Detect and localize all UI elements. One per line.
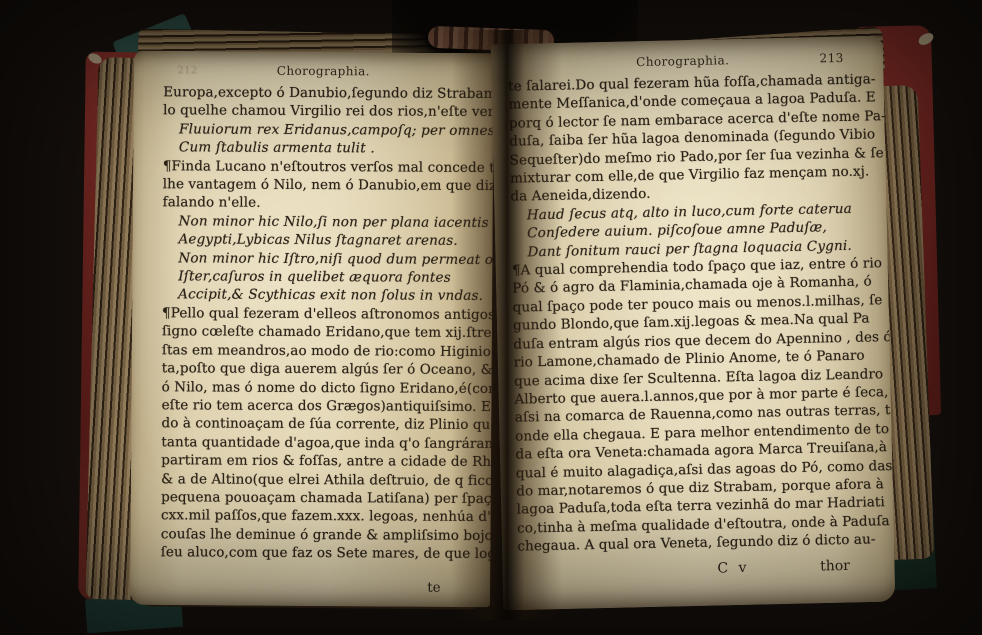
text-line: do à continoaçam de ſúa corrente, diz Pl… [161, 415, 481, 435]
text-line: ſigno cœleſte chamado Eridano,que tem xi… [162, 323, 482, 343]
text-line: lo quelhe chamou Virgilio rei dos rios,n… [163, 102, 483, 122]
text-line: couſas lhe deminue ó grande & ampliſsimo… [161, 525, 481, 545]
photo-background: 212 Chorographia. Europa,excepto ó Danub… [0, 0, 982, 635]
text-line: ta,poſto que diga auerem algús ſer ó Oce… [162, 359, 482, 379]
signature-mark: C v [717, 559, 749, 576]
text-line: eſte rio tem acerca dos Grægos)antiquiſs… [162, 396, 482, 416]
text-line: ſeu aluco,com que faz os Sete mares, de … [161, 543, 481, 563]
text-line: Aegypti,Lybicas Nilus ſtagnaret arenas. [162, 230, 482, 250]
gutter-shadow [452, 30, 562, 620]
catchword: te [427, 579, 441, 595]
text-line: partiram em rios & foſſas, antre a cidad… [161, 451, 481, 471]
text-line: falando n'elle. [163, 194, 483, 214]
faint-folio-number: 212 [177, 65, 197, 76]
left-catchword-row: te [161, 578, 481, 602]
text-line: ¶Finda Lucano n'eſtoutros verſos mal con… [163, 157, 483, 177]
text-line: ¶Pello qual fezeram d'elleos aſtronomos … [162, 304, 482, 324]
running-title: Chorographia. [277, 64, 370, 78]
text-line: Non minor hic Iſtro,niſi quod dum permea… [162, 249, 482, 269]
running-title: Chorographia. [636, 53, 729, 69]
left-text-block: 212 Chorographia. Europa,excepto ó Danub… [161, 63, 484, 601]
text-line: ó Nilo, mas ó nome do dicto ſigno Eridan… [162, 378, 482, 398]
text-line: tanta quantidade d'agoa,que inda q'o ſan… [161, 433, 481, 453]
text-line: Accipit,& Scythicas exit non ſolus in vn… [162, 286, 482, 306]
text-line: Europa,excepto ó Danubio,ſegundo diz Str… [163, 83, 483, 103]
text-line: Cum ſtabulis armenta tulit . [163, 138, 483, 158]
catchword: thor [820, 557, 850, 574]
left-page: 212 Chorographia. Europa,excepto ó Danub… [130, 51, 494, 607]
right-signature-row: C v thor [518, 557, 868, 586]
text-line: Fluuiorum rex Eridanus,campoſq; per omne… [163, 120, 483, 140]
text-line: lhe vantagem ó Nilo, nem ó Danubio,em qu… [163, 175, 483, 195]
left-running-title-row: 212 Chorographia. [163, 63, 483, 85]
text-line: Iſter,caſuros in quelibet æquora fontes [162, 267, 482, 287]
text-line: pequena pouoaçam chamada Latiſana) per ſ… [161, 488, 481, 508]
text-line: & a de Altino(que elrei Athila deſtruio,… [161, 470, 481, 490]
text-line: Non minor hic Nilo,ſi non per plana iace… [163, 212, 483, 232]
folio-number: 213 [819, 51, 843, 65]
text-line: cxx.mil paſſos,que fazem.xxx. legoas, ne… [161, 507, 481, 527]
text-line: ſtas em meandros,ao modo de rio:como Hig… [162, 341, 482, 361]
left-page-lines: Europa,excepto ó Danubio,ſegundo diz Str… [161, 83, 484, 563]
